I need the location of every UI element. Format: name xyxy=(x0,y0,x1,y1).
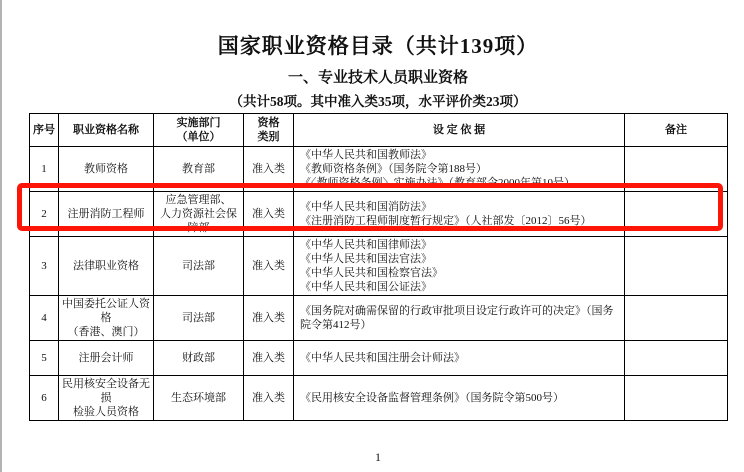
column-header: 备注 xyxy=(625,114,728,147)
cell-note xyxy=(625,296,728,341)
cell-name: 中国委托公证人资格 （香港、澳门） xyxy=(59,296,154,341)
page-number: 1 xyxy=(2,450,744,465)
cell-no: 1 xyxy=(30,147,59,192)
document-page: { "page": { "title": "国家职业资格目录（共计139项）",… xyxy=(0,0,744,472)
cell-no: 5 xyxy=(30,341,59,376)
cell-name: 民用核安全设备无损 检验人员资格 xyxy=(59,376,154,421)
cell-dept: 应急管理部、 人力资源社会保障部 xyxy=(154,192,244,237)
qualification-table: 序号职业资格名称实施部门 （单位）资格 类别设 定 依 据备注 1教师资格教育部… xyxy=(29,113,728,421)
cell-no: 6 xyxy=(30,376,59,421)
table-row-highlighted: 2注册消防工程师应急管理部、 人力资源社会保障部准入类《中华人民共和国消防法》 … xyxy=(30,192,728,237)
cell-no: 2 xyxy=(30,192,59,237)
cell-basis: 《国务院对确需保留的行政审批项目设定行政许可的决定》（国务院令第412号） xyxy=(294,296,625,341)
column-header: 职业资格名称 xyxy=(59,114,154,147)
table-row: 1教师资格教育部准入类《中华人民共和国教师法》 《教师资格条例》（国务院令第18… xyxy=(30,147,728,192)
cell-name: 注册消防工程师 xyxy=(59,192,154,237)
table-row: 4中国委托公证人资格 （香港、澳门）司法部准入类《国务院对确需保留的行政审批项目… xyxy=(30,296,728,341)
cell-dept: 教育部 xyxy=(154,147,244,192)
cell-note xyxy=(625,376,728,421)
table-header-row: 序号职业资格名称实施部门 （单位）资格 类别设 定 依 据备注 xyxy=(30,114,728,147)
cell-basis: 《中华人民共和国律师法》 《中华人民共和国法官法》 《中华人民共和国检察官法》 … xyxy=(294,237,625,296)
cell-note xyxy=(625,237,728,296)
cell-name: 法律职业资格 xyxy=(59,237,154,296)
cell-category: 准入类 xyxy=(244,296,294,341)
page: 国家职业资格目录（共计139项） 一、专业技术人员职业资格 （共计58项。其中准… xyxy=(2,0,744,472)
table-body: 1教师资格教育部准入类《中华人民共和国教师法》 《教师资格条例》（国务院令第18… xyxy=(30,147,728,421)
column-header: 资格 类别 xyxy=(244,114,294,147)
cell-note xyxy=(625,341,728,376)
cell-dept: 生态环境部 xyxy=(154,376,244,421)
table-row: 5注册会计师财政部准入类《中华人民共和国注册会计师法》 xyxy=(30,341,728,376)
table-row: 6民用核安全设备无损 检验人员资格生态环境部准入类《民用核安全设备监督管理条例》… xyxy=(30,376,728,421)
cell-note xyxy=(625,192,728,237)
section-title: 一、专业技术人员职业资格 xyxy=(2,66,744,87)
cell-basis: 《中华人民共和国消防法》 《注册消防工程师制度暂行规定》（人社部发〔2012〕5… xyxy=(294,192,625,237)
cell-category: 准入类 xyxy=(244,147,294,192)
cell-category: 准入类 xyxy=(244,341,294,376)
cell-no: 4 xyxy=(30,296,59,341)
cell-category: 准入类 xyxy=(244,192,294,237)
column-header: 序号 xyxy=(30,114,59,147)
cell-dept: 财政部 xyxy=(154,341,244,376)
cell-category: 准入类 xyxy=(244,376,294,421)
cell-category: 准入类 xyxy=(244,237,294,296)
cell-basis: 《民用核安全设备监督管理条例》（国务院令第500号） xyxy=(294,376,625,421)
cell-note xyxy=(625,147,728,192)
column-header: 实施部门 （单位） xyxy=(154,114,244,147)
cell-basis: 《中华人民共和国教师法》 《教师资格条例》（国务院令第188号） 《〈教师资格条… xyxy=(294,147,625,192)
cell-no: 3 xyxy=(30,237,59,296)
cell-basis: 《中华人民共和国注册会计师法》 xyxy=(294,341,625,376)
cell-dept: 司法部 xyxy=(154,237,244,296)
cell-name: 教师资格 xyxy=(59,147,154,192)
page-title: 国家职业资格目录（共计139项） xyxy=(2,30,744,60)
column-header: 设 定 依 据 xyxy=(294,114,625,147)
cell-dept: 司法部 xyxy=(154,296,244,341)
section-count-line: （共计58项。其中准入类35项，水平评价类23项） xyxy=(2,90,744,110)
cell-name: 注册会计师 xyxy=(59,341,154,376)
table-row: 3法律职业资格司法部准入类《中华人民共和国律师法》 《中华人民共和国法官法》 《… xyxy=(30,237,728,296)
